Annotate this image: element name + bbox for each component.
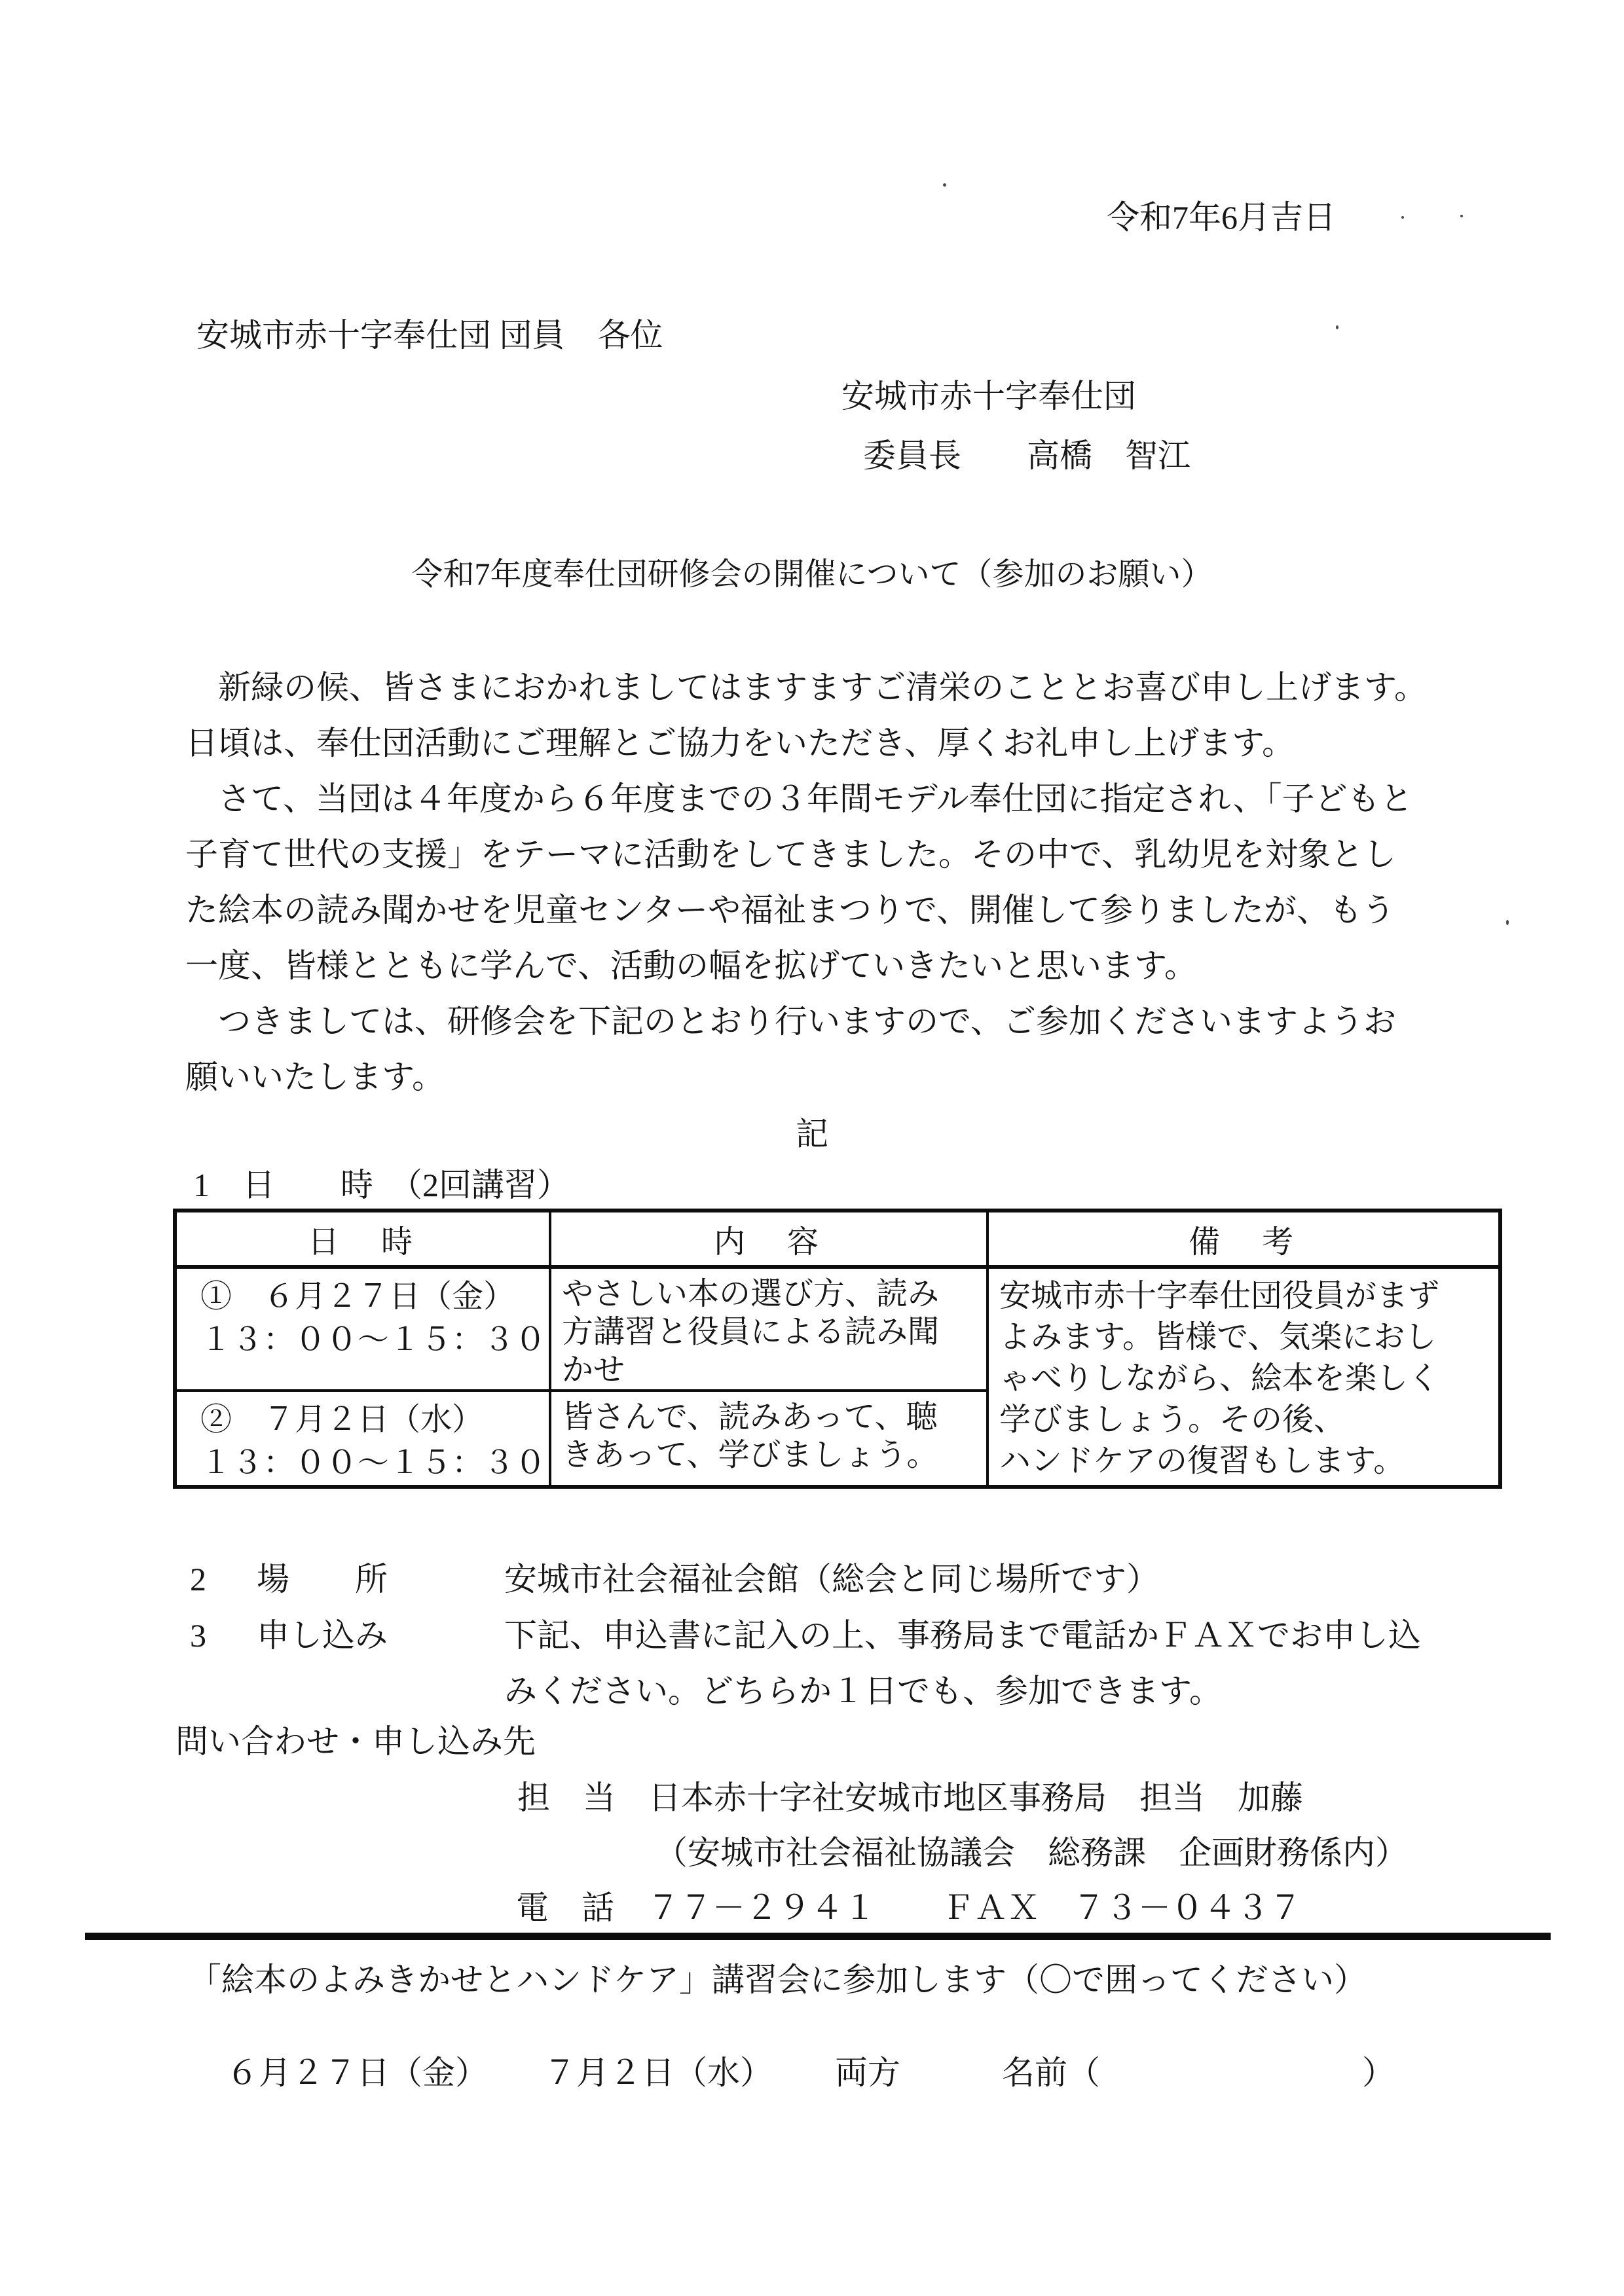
letter-page: 令和7年6月吉日 安城市赤十字奉仕団 団員 各位 安城市赤十字奉仕団 委員長 高… xyxy=(0,0,1624,2296)
body-line: さて、当団は４年度から６年度までの３年間モデル奉仕団に指定され、「子どもと xyxy=(185,771,1482,827)
cell-session1-datetime: ① ６月２７日（金） １３：００～１５：３０ xyxy=(175,1267,550,1391)
body-line: 子育て世代の支援」をテーマに活動をしてきました。その中で、乳幼児を対象とし xyxy=(185,827,1482,883)
scan-speck xyxy=(1336,325,1338,329)
body-line: 日頃は、奉仕団活動にご理解とご協力をいただき、厚くお礼申し上げます。 xyxy=(185,716,1482,771)
body-line: つきましては、研修会を下記のとおり行いますので、ご参加くださいますようお xyxy=(185,994,1482,1049)
col-header-remarks: 備 考 xyxy=(987,1211,1500,1267)
body-line: た絵本の読み聞かせを児童センターや福祉まつりで、開催して参りましたが、もう xyxy=(185,883,1482,938)
item2-label: 場 所 xyxy=(257,1559,388,1599)
item3-label: 申し込み xyxy=(257,1616,388,1655)
schedule-table: 日 時 内 容 備 考 ① ６月２７日（金） １３：００～１５：３０ やさしい本… xyxy=(173,1209,1502,1489)
sender-person: 委員長 高橋 智江 xyxy=(863,436,1190,475)
reply-option-wednesday: ７月２日（水） xyxy=(544,2053,773,2092)
contact-phone-line: 電 話 ７７－２９４１ ＦＡＸ ７３－０４３７ xyxy=(516,1888,1302,1927)
contact-heading: 問い合わせ・申し込み先 xyxy=(175,1722,536,1761)
table-header-row: 日 時 内 容 備 考 xyxy=(175,1211,1500,1267)
scan-speck xyxy=(1460,215,1463,217)
item3-number: 3 xyxy=(190,1616,206,1655)
date-line: 令和7年6月吉日 xyxy=(1107,198,1336,237)
item2-content: 安城市社会福祉会館（総会と同じ場所です） xyxy=(504,1559,1159,1599)
item3-content-line2: みください。どちらか１日でも、参加できます。 xyxy=(504,1671,1222,1711)
notation-mark: 記 xyxy=(0,1108,1624,1155)
letter-body: 新緑の候、皆さまにおかれましてはますますご清栄のこととお喜び申し上げます。 日頃… xyxy=(185,660,1482,1105)
cell-session2-content: 皆さんで、読みあって、聴 きあって、学びましょう。 xyxy=(550,1391,987,1487)
reply-option-friday: ６月２７日（金） xyxy=(226,2053,488,2092)
scan-speck xyxy=(1401,216,1404,219)
cell-session1-content: やさしい本の選び方、読み 方講習と役員による読み聞 かせ xyxy=(550,1267,987,1391)
table-row: ① ６月２７日（金） １３：００～１５：３０ やさしい本の選び方、読み 方講習と… xyxy=(175,1267,1500,1391)
cell-remarks: 安城市赤十字奉仕団役員がまず よみます。皆様で、気楽におし ゃべりしながら、絵本… xyxy=(987,1267,1500,1487)
scan-speck xyxy=(943,183,946,187)
body-line: 願いいたします。 xyxy=(185,1049,1482,1105)
item1-label: 1 日 時 （2回講習） xyxy=(193,1165,570,1205)
item3-content-line1: 下記、申込書に記入の上、事務局まで電話かＦＡＸでお申し込 xyxy=(504,1616,1421,1655)
letter-title: 令和7年度奉仕団研修会の開催について（参加のお願い） xyxy=(0,549,1624,594)
col-header-datetime: 日 時 xyxy=(175,1211,550,1267)
body-line: 新緑の候、皆さまにおかれましてはますますご清栄のこととお喜び申し上げます。 xyxy=(185,660,1482,716)
body-line: 一度、皆様とともに学んで、活動の幅を拡げていきたいと思います。 xyxy=(185,938,1482,994)
item2-number: 2 xyxy=(190,1559,206,1599)
scan-speck xyxy=(1506,920,1509,925)
reply-name-field: 名前（ ） xyxy=(1002,2053,1395,2092)
reply-option-both: 両方 xyxy=(835,2053,900,2092)
contact-office-line: （安城市社会福祉協議会 総務課 企画財務係内） xyxy=(655,1833,1408,1872)
reply-instruction: 「絵本のよみきかせとハンドケア」講習会に参加します（〇で囲ってください） xyxy=(189,1960,1367,1999)
col-header-content: 内 容 xyxy=(550,1211,987,1267)
sender-org: 安城市赤十字奉仕団 xyxy=(841,376,1136,416)
contact-person-line: 担 当 日本赤十字社安城市地区事務局 担当 加藤 xyxy=(517,1778,1303,1817)
tear-off-divider xyxy=(85,1933,1551,1940)
cell-session2-datetime: ② ７月２日（水） １３：００～１５：３０ xyxy=(175,1391,550,1487)
recipient-line: 安城市赤十字奉仕団 団員 各位 xyxy=(196,316,663,355)
